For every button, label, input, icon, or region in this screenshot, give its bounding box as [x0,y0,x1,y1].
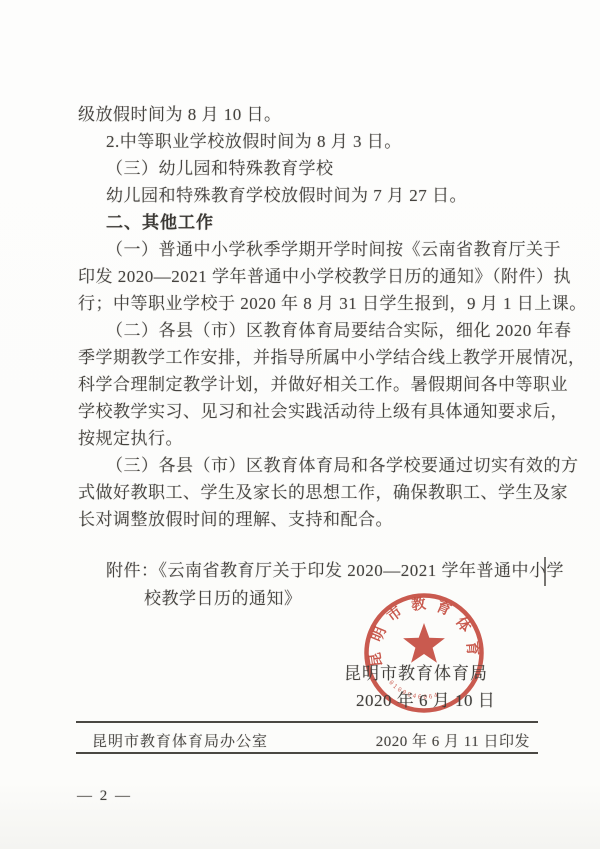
signature-date: 2020 年 6 月 10 日 [356,686,495,711]
footer-office-name: 昆明市教育体育局办公室 [92,730,268,751]
body-line: （三）各县（市）区教育体育局和各学校要通过切实有效的方 [78,452,540,479]
body-line: 长对调整放假时间的理解、支持和配合。 [78,506,540,533]
seal-star-icon [403,623,445,663]
scanned-document-page: 级放假时间为 8 月 10 日。 2.中等职业学校放假时间为 8 月 3 日。 … [0,0,600,849]
body-line: 行；中等职业学校于 2020 年 8 月 31 日学生报到，9 月 1 日上课。 [78,290,540,317]
footer-divider-bottom [76,752,538,754]
attachment-line-2: 校教学日历的通知》 [144,584,302,609]
body-line: （二）各县（市）区教育体育局要结合实际，细化 2020 年春 [78,317,540,344]
body-line: 级放假时间为 8 月 10 日。 [78,101,540,128]
body-line: （三）幼儿园和特殊教育学校 [78,155,540,182]
body-line: 科学合理制定教学计划，并做好相关工作。暑假期间各中等职业 [78,371,540,398]
body-line: 2.中等职业学校放假时间为 8 月 3 日。 [78,128,540,155]
body-line: 按规定执行。 [78,425,540,452]
body-line: 幼儿园和特殊教育学校放假时间为 7 月 27 日。 [78,182,540,209]
page-number: — 2 — [77,788,132,805]
body-line: 式做好教职工、学生及家长的思想工作，确保教职工、学生及家 [78,479,540,506]
body-line: 学校教学实习、见习和社会实践活动待上级有具体通知要求后， [78,398,540,425]
footer-divider-top [76,721,538,723]
scan-artifact-line [544,557,546,586]
footer-print-date: 2020 年 6 月 11 日印发 [376,730,530,751]
signature-org: 昆明市教育体育局 [344,659,488,684]
document-body: 级放假时间为 8 月 10 日。 2.中等职业学校放假时间为 8 月 3 日。 … [78,101,540,533]
section-heading: 二、其他工作 [78,209,540,236]
attachment-line-1: 附件：《云南省教育厅关于印发 2020—2021 学年普通中小学 [106,556,564,581]
body-line: 印发 2020—2021 学年普通中小学校教学日历的通知》（附件）执 [78,263,540,290]
body-line: （一）普通中小学秋季学期开学时间按《云南省教育厅关于 [78,236,540,263]
body-line: 季学期教学工作安排，并指导所属中小学结合线上教学开展情况， [78,344,540,371]
